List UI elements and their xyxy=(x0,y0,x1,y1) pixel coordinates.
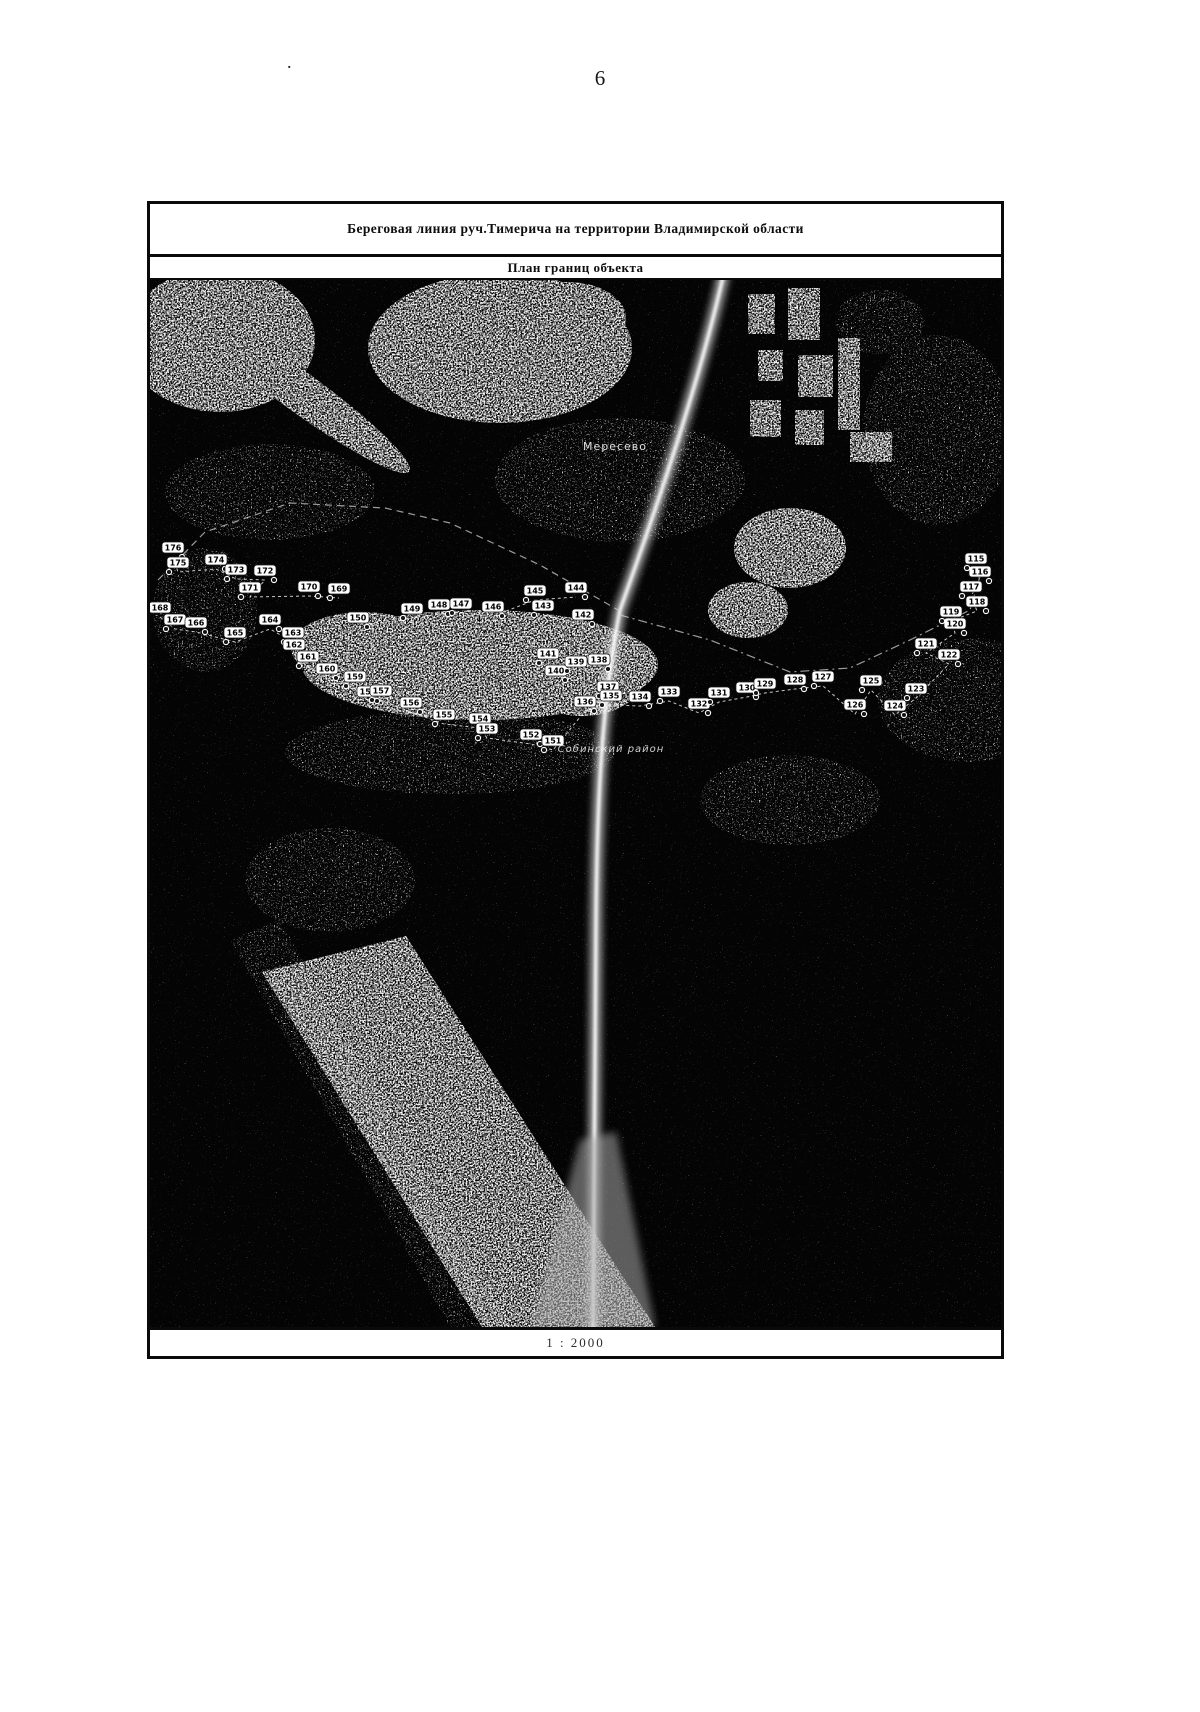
settlement-label: Мересево xyxy=(583,440,647,453)
point-circle xyxy=(276,626,281,631)
point-circle xyxy=(801,686,806,691)
point-circle xyxy=(531,612,536,617)
point-circle xyxy=(964,565,969,570)
point-label-text: 157 xyxy=(373,687,390,696)
figure-title: Береговая линия руч.Тимерича на территор… xyxy=(347,221,804,238)
point-circle xyxy=(983,608,988,613)
point-circle xyxy=(333,675,338,680)
figure-subtitle-bar: План границ объекта xyxy=(150,257,1001,280)
point-circle xyxy=(589,621,594,626)
point-circle xyxy=(374,698,379,703)
point-circle xyxy=(400,615,405,620)
point-label-text: 119 xyxy=(943,608,960,617)
point-label-text: 170 xyxy=(301,583,318,592)
point-circle xyxy=(369,697,374,702)
point-label-text: 169 xyxy=(331,585,348,594)
point-label-text: 129 xyxy=(757,680,774,689)
point-circle xyxy=(166,569,171,574)
point-label-text: 176 xyxy=(165,544,182,553)
point-label-text: 166 xyxy=(188,619,205,628)
point-label-text: 155 xyxy=(436,711,453,720)
point-circle xyxy=(238,594,243,599)
point-circle xyxy=(475,735,480,740)
point-circle xyxy=(562,677,567,682)
point-label-text: 126 xyxy=(847,701,864,710)
page-number: 6 xyxy=(0,66,1200,91)
point-circle xyxy=(591,708,596,713)
point-circle xyxy=(707,699,712,704)
point-circle xyxy=(904,695,909,700)
point-circle xyxy=(564,668,569,673)
map-svg: 1761751741731721711701691681671661651641… xyxy=(150,280,1001,1327)
figure-title-bar: Береговая линия руч.Тимерича на территор… xyxy=(150,204,1001,257)
point-label-text: 125 xyxy=(863,677,880,686)
point-label-text: 121 xyxy=(918,640,935,649)
point-label-text: 120 xyxy=(947,620,964,629)
point-label-text: 136 xyxy=(577,698,594,707)
point-circle xyxy=(646,703,651,708)
point-circle xyxy=(657,698,662,703)
point-label-text: 154 xyxy=(472,715,489,724)
point-label-text: 171 xyxy=(242,584,259,593)
point-label-text: 135 xyxy=(603,692,620,701)
figure-subtitle: План границ объекта xyxy=(507,260,643,276)
point-label-text: 161 xyxy=(300,653,317,662)
point-label-text: 127 xyxy=(815,673,832,682)
point-label-text: 148 xyxy=(431,601,448,610)
point-circle xyxy=(961,630,966,635)
point-label-text: 146 xyxy=(485,603,502,612)
point-label-text: 165 xyxy=(227,629,244,638)
point-label-text: 128 xyxy=(787,676,804,685)
point-label-text: 145 xyxy=(527,587,544,596)
point-label-text: 142 xyxy=(575,611,592,620)
district-label: Собинский район xyxy=(558,743,665,755)
point-circle xyxy=(582,594,587,599)
point-circle xyxy=(223,639,228,644)
point-circle xyxy=(296,663,301,668)
point-circle xyxy=(432,721,437,726)
point-label-text: 132 xyxy=(691,700,708,709)
point-circle xyxy=(163,626,168,631)
point-circle xyxy=(939,618,944,623)
point-circle xyxy=(364,624,369,629)
point-label-text: 153 xyxy=(479,725,496,734)
point-label-text: 123 xyxy=(908,685,925,694)
point-circle xyxy=(914,650,919,655)
scale-text: 1 : 2000 xyxy=(546,1335,605,1351)
point-label-text: 174 xyxy=(208,556,225,565)
point-circle xyxy=(861,711,866,716)
point-circle xyxy=(986,578,991,583)
point-circle xyxy=(315,593,320,598)
point-circle xyxy=(959,593,964,598)
point-circle xyxy=(343,683,348,688)
point-label-text: 115 xyxy=(968,555,985,564)
point-circle xyxy=(224,576,229,581)
point-label-text: 131 xyxy=(711,689,728,698)
point-circle xyxy=(499,613,504,618)
point-label-text: 150 xyxy=(350,614,367,623)
map-figure-frame: Береговая линия руч.Тимерича на территор… xyxy=(147,201,1004,1359)
point-label-text: 168 xyxy=(152,604,169,613)
point-label-text: 138 xyxy=(591,656,608,665)
point-label-text: 167 xyxy=(167,616,184,625)
point-label-text: 130 xyxy=(739,684,756,693)
point-circle xyxy=(811,683,816,688)
point-circle xyxy=(449,610,454,615)
point-label-text: 159 xyxy=(347,673,364,682)
point-label-text: 124 xyxy=(887,702,904,711)
point-label-text: 172 xyxy=(257,567,274,576)
point-circle xyxy=(541,747,546,752)
point-label-text: 122 xyxy=(941,651,958,660)
point-label-text: 143 xyxy=(535,602,552,611)
point-circle xyxy=(599,702,604,707)
point-circle xyxy=(202,629,207,634)
point-label-text: 149 xyxy=(404,605,421,614)
aerial-map-image: 1761751741731721711701691681671661651641… xyxy=(150,280,1001,1327)
point-label-text: 162 xyxy=(286,641,303,650)
point-circle xyxy=(523,597,528,602)
point-label-text: 163 xyxy=(285,629,302,638)
point-label-text: 117 xyxy=(963,583,980,592)
point-circle xyxy=(859,687,864,692)
point-label-text: 144 xyxy=(568,584,585,593)
point-circle xyxy=(901,712,906,717)
point-label-text: 152 xyxy=(523,731,540,740)
point-label-text: 134 xyxy=(632,693,649,702)
point-circle xyxy=(417,709,422,714)
point-circle xyxy=(327,595,332,600)
point-circle xyxy=(955,661,960,666)
point-label-text: 118 xyxy=(969,598,986,607)
point-label-text: 156 xyxy=(403,699,420,708)
point-label-text: 141 xyxy=(540,650,557,659)
point-label-text: 139 xyxy=(568,658,585,667)
point-circle xyxy=(605,666,610,671)
point-label-text: 147 xyxy=(453,600,470,609)
point-circle xyxy=(536,660,541,665)
figure-scale-bar: 1 : 2000 xyxy=(150,1327,1001,1356)
point-label-text: 116 xyxy=(972,568,989,577)
point-label-text: 173 xyxy=(228,566,245,575)
point-circle xyxy=(753,690,758,695)
point-label-text: 175 xyxy=(170,559,187,568)
point-label-text: 133 xyxy=(661,688,678,697)
point-label-text: 140 xyxy=(548,667,565,676)
point-label-text: 160 xyxy=(319,665,336,674)
point-label-text: 164 xyxy=(262,616,279,625)
document-page: . 6 Береговая линия руч.Тимерича на терр… xyxy=(0,0,1200,1712)
point-circle xyxy=(271,577,276,582)
point-circle xyxy=(705,710,710,715)
